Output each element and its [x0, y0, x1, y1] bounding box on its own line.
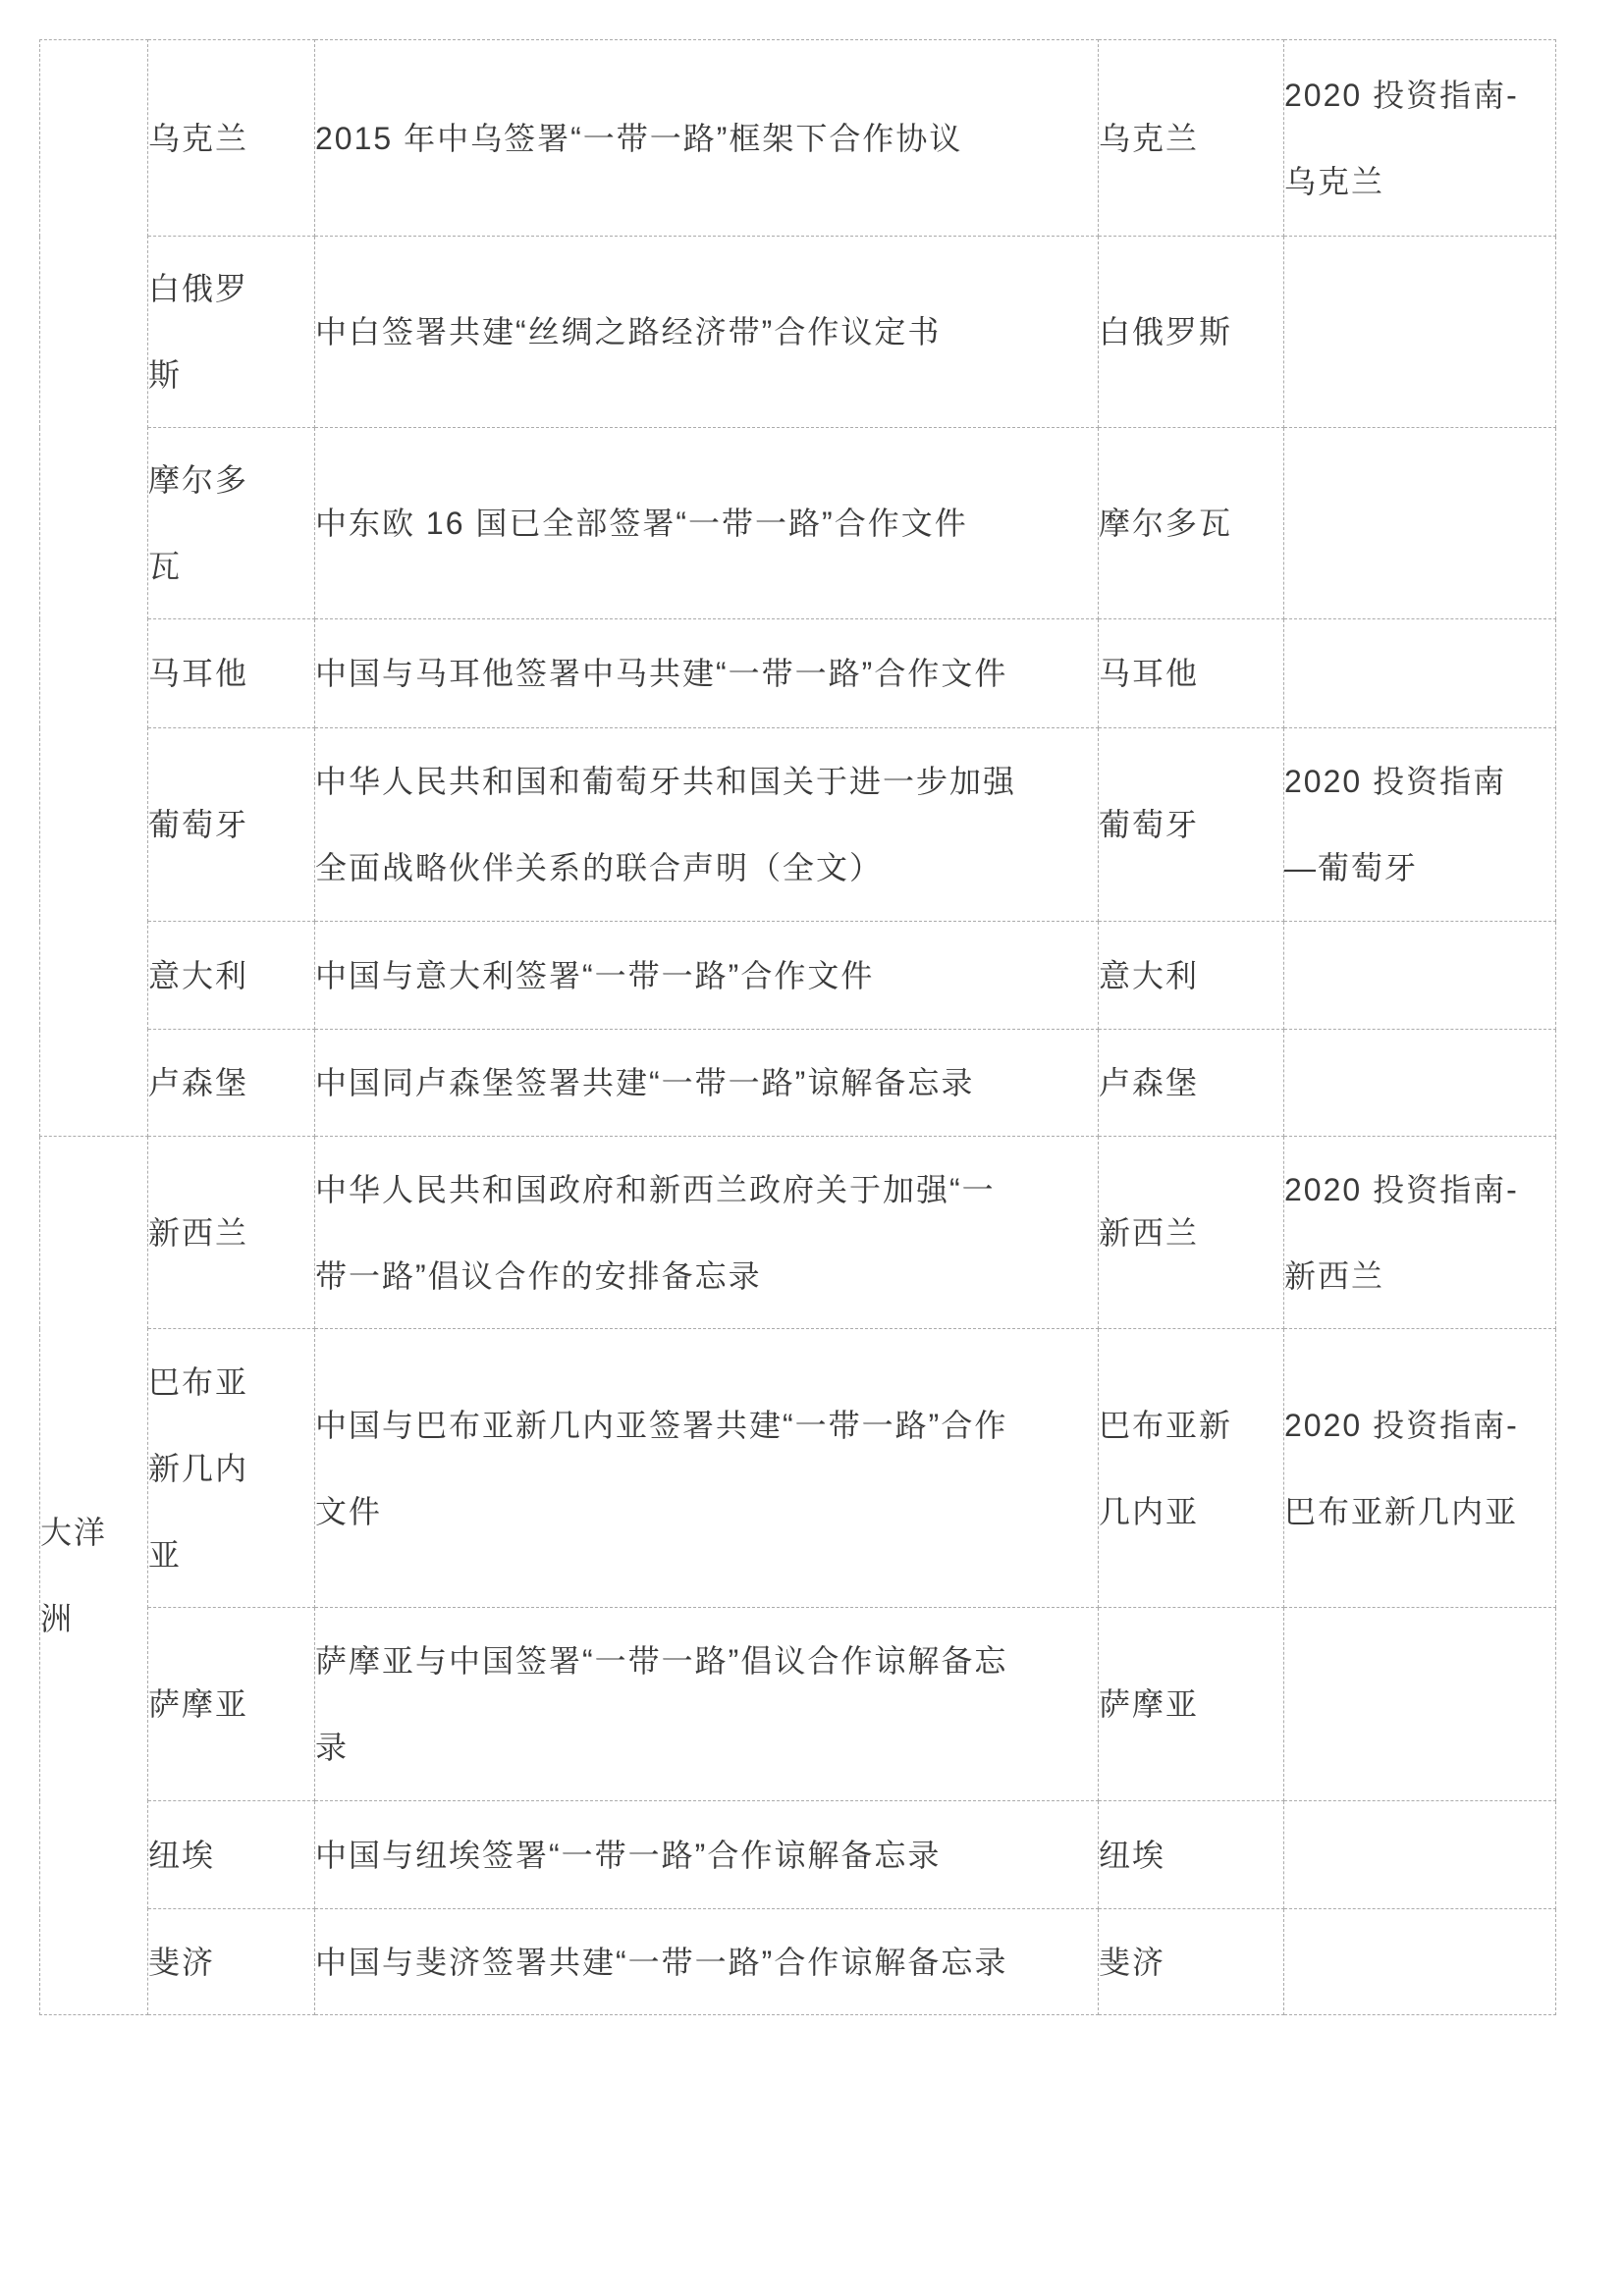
table-row: 大洋 洲 新西兰 中华人民共和国政府和新西兰政府关于加强“一 带一路”倡议合作的…: [40, 1137, 1556, 1329]
country-name-cell: 乌克兰: [1099, 40, 1284, 237]
country-name-cell: 新西兰: [1099, 1137, 1284, 1329]
agreement-cell: 中国与纽埃签署“一带一路”合作谅解备忘录: [315, 1801, 1099, 1909]
country-cell: 斐济: [148, 1909, 315, 2015]
agreement-cell: 中国与意大利签署“一带一路”合作文件: [315, 922, 1099, 1030]
agreement-cell: 中白签署共建“丝绸之路经济带”合作议定书: [315, 237, 1099, 428]
agreement-cell: 2015 年中乌签署“一带一路”框架下合作协议: [315, 40, 1099, 237]
table-row: 白俄罗 斯 中白签署共建“丝绸之路经济带”合作议定书 白俄罗斯: [40, 237, 1556, 428]
guide-cell: [1284, 922, 1556, 1030]
guide-cell: 2020 投资指南- 巴布亚新几内亚: [1284, 1329, 1556, 1608]
table-row: 马耳他 中国与马耳他签署中马共建“一带一路”合作文件 马耳他: [40, 619, 1556, 728]
table-row: 巴布亚 新几内 亚 中国与巴布亚新几内亚签署共建“一带一路”合作 文件 巴布亚新…: [40, 1329, 1556, 1608]
country-name-cell: 斐济: [1099, 1909, 1284, 2015]
country-name-cell: 意大利: [1099, 922, 1284, 1030]
country-cell: 巴布亚 新几内 亚: [148, 1329, 315, 1608]
region-cell: [40, 40, 148, 1137]
country-cell: 新西兰: [148, 1137, 315, 1329]
guide-cell: 2020 投资指南- 乌克兰: [1284, 40, 1556, 237]
agreement-cell: 中东欧 16 国已全部签署“一带一路”合作文件: [315, 428, 1099, 619]
country-cell: 意大利: [148, 922, 315, 1030]
table-row: 意大利 中国与意大利签署“一带一路”合作文件 意大利: [40, 922, 1556, 1030]
agreement-cell: 萨摩亚与中国签署“一带一路”倡议合作谅解备忘 录: [315, 1608, 1099, 1801]
country-cell: 马耳他: [148, 619, 315, 728]
agreement-cell: 中国同卢森堡签署共建“一带一路”谅解备忘录: [315, 1030, 1099, 1137]
cooperation-agreements-table: 乌克兰 2015 年中乌签署“一带一路”框架下合作协议 乌克兰 2020 投资指…: [39, 39, 1556, 2015]
table-row: 乌克兰 2015 年中乌签署“一带一路”框架下合作协议 乌克兰 2020 投资指…: [40, 40, 1556, 237]
agreement-cell: 中华人民共和国政府和新西兰政府关于加强“一 带一路”倡议合作的安排备忘录: [315, 1137, 1099, 1329]
country-name-cell: 巴布亚新 几内亚: [1099, 1329, 1284, 1608]
table-row: 萨摩亚 萨摩亚与中国签署“一带一路”倡议合作谅解备忘 录 萨摩亚: [40, 1608, 1556, 1801]
guide-cell: 2020 投资指南- 新西兰: [1284, 1137, 1556, 1329]
table-row: 摩尔多 瓦 中东欧 16 国已全部签署“一带一路”合作文件 摩尔多瓦: [40, 428, 1556, 619]
country-cell: 摩尔多 瓦: [148, 428, 315, 619]
guide-cell: [1284, 1909, 1556, 2015]
guide-cell: [1284, 428, 1556, 619]
country-name-cell: 白俄罗斯: [1099, 237, 1284, 428]
agreement-cell: 中国与斐济签署共建“一带一路”合作谅解备忘录: [315, 1909, 1099, 2015]
guide-cell: [1284, 1608, 1556, 1801]
country-name-cell: 摩尔多瓦: [1099, 428, 1284, 619]
agreement-cell: 中国与巴布亚新几内亚签署共建“一带一路”合作 文件: [315, 1329, 1099, 1608]
agreement-cell: 中华人民共和国和葡萄牙共和国关于进一步加强 全面战略伙伴关系的联合声明（全文）: [315, 728, 1099, 922]
table-row: 葡萄牙 中华人民共和国和葡萄牙共和国关于进一步加强 全面战略伙伴关系的联合声明（…: [40, 728, 1556, 922]
guide-cell: [1284, 1801, 1556, 1909]
table-row: 卢森堡 中国同卢森堡签署共建“一带一路”谅解备忘录 卢森堡: [40, 1030, 1556, 1137]
table-row: 斐济 中国与斐济签署共建“一带一路”合作谅解备忘录 斐济: [40, 1909, 1556, 2015]
country-cell: 白俄罗 斯: [148, 237, 315, 428]
agreement-cell: 中国与马耳他签署中马共建“一带一路”合作文件: [315, 619, 1099, 728]
country-cell: 乌克兰: [148, 40, 315, 237]
country-name-cell: 马耳他: [1099, 619, 1284, 728]
guide-cell: [1284, 1030, 1556, 1137]
country-name-cell: 卢森堡: [1099, 1030, 1284, 1137]
table-row: 纽埃 中国与纽埃签署“一带一路”合作谅解备忘录 纽埃: [40, 1801, 1556, 1909]
country-cell: 卢森堡: [148, 1030, 315, 1137]
country-cell: 萨摩亚: [148, 1608, 315, 1801]
document-page: 乌克兰 2015 年中乌签署“一带一路”框架下合作协议 乌克兰 2020 投资指…: [0, 0, 1624, 2296]
country-cell: 纽埃: [148, 1801, 315, 1909]
guide-cell: 2020 投资指南 —葡萄牙: [1284, 728, 1556, 922]
region-cell: 大洋 洲: [40, 1137, 148, 2015]
country-name-cell: 萨摩亚: [1099, 1608, 1284, 1801]
country-name-cell: 葡萄牙: [1099, 728, 1284, 922]
country-name-cell: 纽埃: [1099, 1801, 1284, 1909]
country-cell: 葡萄牙: [148, 728, 315, 922]
guide-cell: [1284, 237, 1556, 428]
guide-cell: [1284, 619, 1556, 728]
